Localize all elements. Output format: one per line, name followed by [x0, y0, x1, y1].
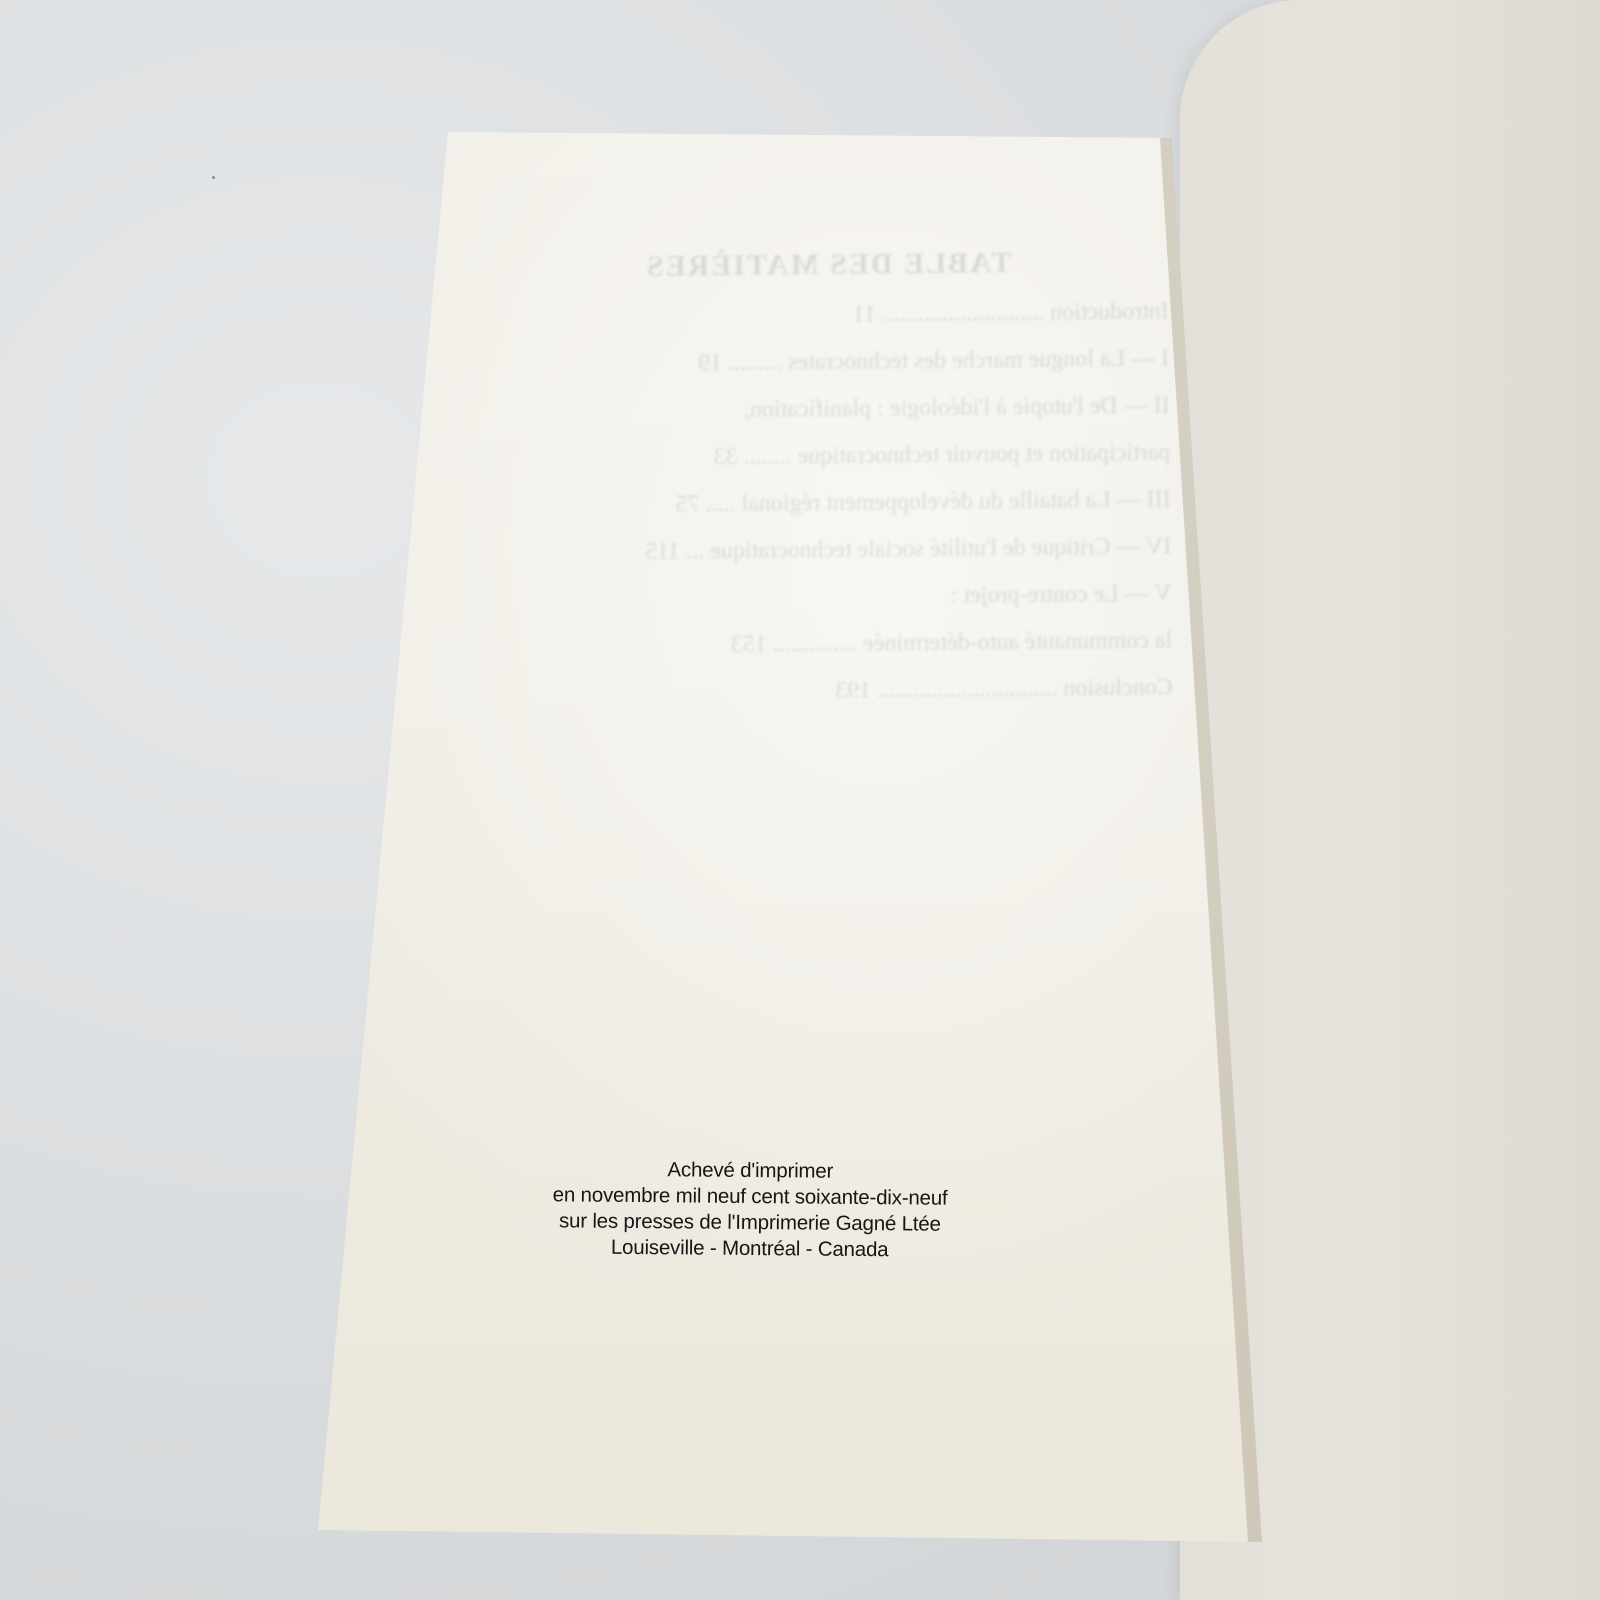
colophon-line-printer: sur les presses de l'Imprimerie Gagné Lt… — [510, 1208, 990, 1238]
bleed-through-line: V — Le contre-projet : — [492, 580, 1172, 614]
bleed-through-line: participation et pouvoir technocratique … — [490, 439, 1170, 473]
colophon: Achevé d'imprimer en novembre mil neuf c… — [510, 1156, 991, 1264]
colophon-line-location: Louiseville - Montréal - Canada — [510, 1234, 990, 1264]
bleed-through-line: IV — Critique de l'utilité sociale techn… — [491, 533, 1171, 567]
bleed-through-text: TABLE DES MATIÈRES Introduction ........… — [488, 206, 1173, 663]
bleed-through-line: I — La longue marche des technocrates ..… — [489, 345, 1169, 379]
bleed-through-title: TABLE DES MATIÈRES — [488, 244, 1168, 285]
bleed-through-line: Introduction ...........................… — [489, 298, 1169, 332]
book-page: TABLE DES MATIÈRES Introduction ........… — [0, 0, 1600, 1600]
bleed-through-line: la communauté auto-déterminée ..........… — [492, 627, 1172, 661]
bleed-through-line: II — De l'utopie à l'idéologie : planifi… — [490, 392, 1170, 426]
dust-speck — [212, 176, 215, 179]
bleed-through-line: III — La bataille du développement régio… — [491, 486, 1171, 520]
